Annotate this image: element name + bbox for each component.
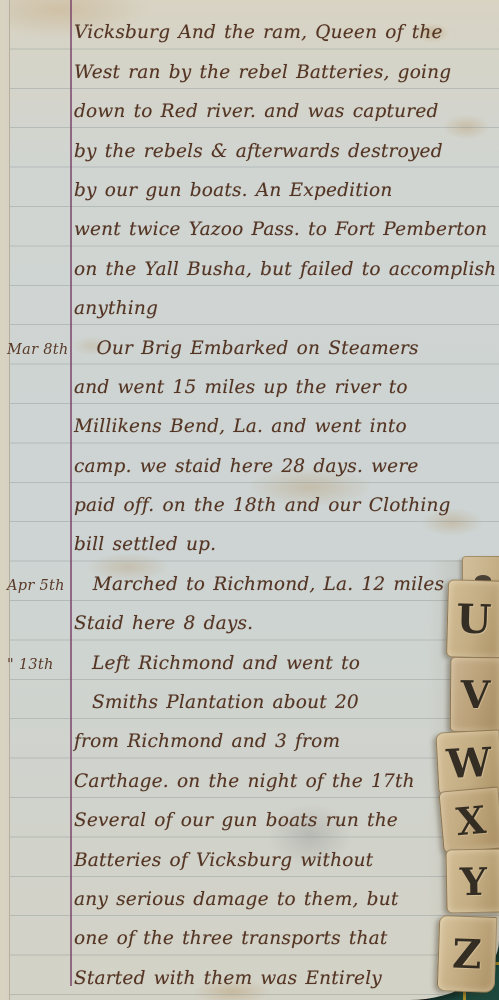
journal-line: Staid here 8 days. — [0, 601, 493, 640]
handwritten-text: by the rebels & afterwards destroyed — [64, 141, 493, 168]
journal-line: went twice Yazoo Pass. to Fort Pemberton — [0, 207, 493, 246]
journal-line: bill settled up. — [0, 522, 493, 561]
photo-of-journal-page: Vicksburg And the ram, Queen of the West… — [0, 0, 499, 1000]
margin-date — [0, 82, 64, 89]
margin-date — [0, 436, 64, 443]
handwritten-text: Millikens Bend, La. and went into — [64, 416, 493, 443]
margin-date — [0, 318, 64, 325]
handwritten-text: on the Yall Busha, but failed to accompl… — [64, 259, 496, 286]
handwritten-text: any serious damage to them, but — [64, 889, 493, 916]
handwritten-text: Started with them was Entirely — [64, 968, 493, 995]
journal-line: paid off. on the 18th and our Clothing — [0, 483, 493, 522]
handwritten-text: West ran by the rebel Batteries, going — [64, 62, 493, 89]
journal-line: anything — [0, 286, 493, 325]
journal-line: on the Yall Busha, but failed to accompl… — [0, 246, 493, 285]
margin-date — [0, 42, 64, 49]
journal-line: Started with them was Entirely — [0, 955, 493, 994]
margin-date: Mar 8th — [0, 342, 69, 365]
handwritten-text: from Richmond and 3 from — [64, 731, 493, 758]
journal-page: Vicksburg And the ram, Queen of the West… — [0, 0, 499, 1000]
journal-line: West ran by the rebel Batteries, going — [0, 49, 493, 88]
handwritten-text: Staid here 8 days. — [64, 613, 493, 640]
journal-line: Mar 8th Our Brig Embarked on Steamers — [0, 325, 493, 364]
margin-date — [0, 830, 64, 837]
journal-line: any serious damage to them, but — [0, 877, 493, 916]
handwritten-text: and went 15 miles up the river to — [64, 377, 493, 404]
journal-line: one of the three transports that — [0, 916, 493, 955]
journal-line: Apr 5th Marched to Richmond, La. 12 mile… — [0, 561, 493, 600]
journal-line: camp. we staid here 28 days. were — [0, 443, 493, 482]
journal-line: Vicksburg And the ram, Queen of the — [0, 10, 493, 49]
handwritten-text: Vicksburg And the ram, Queen of the — [64, 22, 493, 49]
margin-date — [0, 909, 64, 916]
journal-line: down to Red river. and was captured — [0, 89, 493, 128]
margin-date — [0, 988, 64, 995]
handwritten-text: down to Red river. and was captured — [64, 101, 493, 128]
journal-line: Carthage. on the night of the 17th — [0, 758, 493, 797]
margin-date — [0, 476, 64, 483]
handwritten-text: Marched to Richmond, La. 12 miles — [65, 574, 493, 601]
handwritten-text: paid off. on the 18th and our Clothing — [64, 495, 493, 522]
margin-date — [0, 200, 64, 207]
margin-date — [0, 554, 64, 561]
margin-date: " 13th — [0, 657, 64, 680]
journal-line: Smiths Plantation about 20 — [0, 680, 493, 719]
handwritten-text: Smiths Plantation about 20 — [64, 692, 493, 719]
handwritten-text: anything — [64, 298, 493, 325]
handwritten-text: Our Brig Embarked on Steamers — [69, 338, 493, 365]
margin-date — [0, 279, 64, 286]
margin-date — [0, 633, 64, 640]
journal-line: " 13th Left Richmond and went to — [0, 640, 493, 679]
margin-date — [0, 397, 64, 404]
margin-date: Apr 5th — [0, 578, 65, 601]
journal-line: and went 15 miles up the river to — [0, 365, 493, 404]
journal-line: Millikens Bend, La. and went into — [0, 404, 493, 443]
journal-line: Several of our gun boats run the — [0, 798, 493, 837]
margin-date — [0, 870, 64, 877]
handwritten-text: Batteries of Vicksburg without — [64, 850, 493, 877]
handwritten-text: Carthage. on the night of the 17th — [64, 771, 493, 798]
handwritten-text: went twice Yazoo Pass. to Fort Pemberton — [64, 219, 493, 246]
journal-entries: Vicksburg And the ram, Queen of the West… — [0, 10, 493, 995]
handwritten-text: one of the three transports that — [64, 928, 493, 955]
handwritten-text: Several of our gun boats run the — [64, 810, 493, 837]
margin-date — [0, 751, 64, 758]
handwritten-text: Left Richmond and went to — [64, 653, 493, 680]
margin-date — [0, 791, 64, 798]
margin-date — [0, 948, 64, 955]
handwritten-text: bill settled up. — [64, 534, 493, 561]
margin-date — [0, 121, 64, 128]
journal-line: by our gun boats. An Expedition — [0, 168, 493, 207]
handwritten-text: by our gun boats. An Expedition — [64, 180, 493, 207]
handwritten-text: camp. we staid here 28 days. were — [64, 456, 493, 483]
margin-date — [0, 712, 64, 719]
margin-date — [0, 239, 64, 246]
journal-line: from Richmond and 3 from — [0, 719, 493, 758]
margin-date — [0, 515, 64, 522]
margin-date — [0, 161, 64, 168]
journal-line: Batteries of Vicksburg without — [0, 837, 493, 876]
journal-line: by the rebels & afterwards destroyed — [0, 128, 493, 167]
